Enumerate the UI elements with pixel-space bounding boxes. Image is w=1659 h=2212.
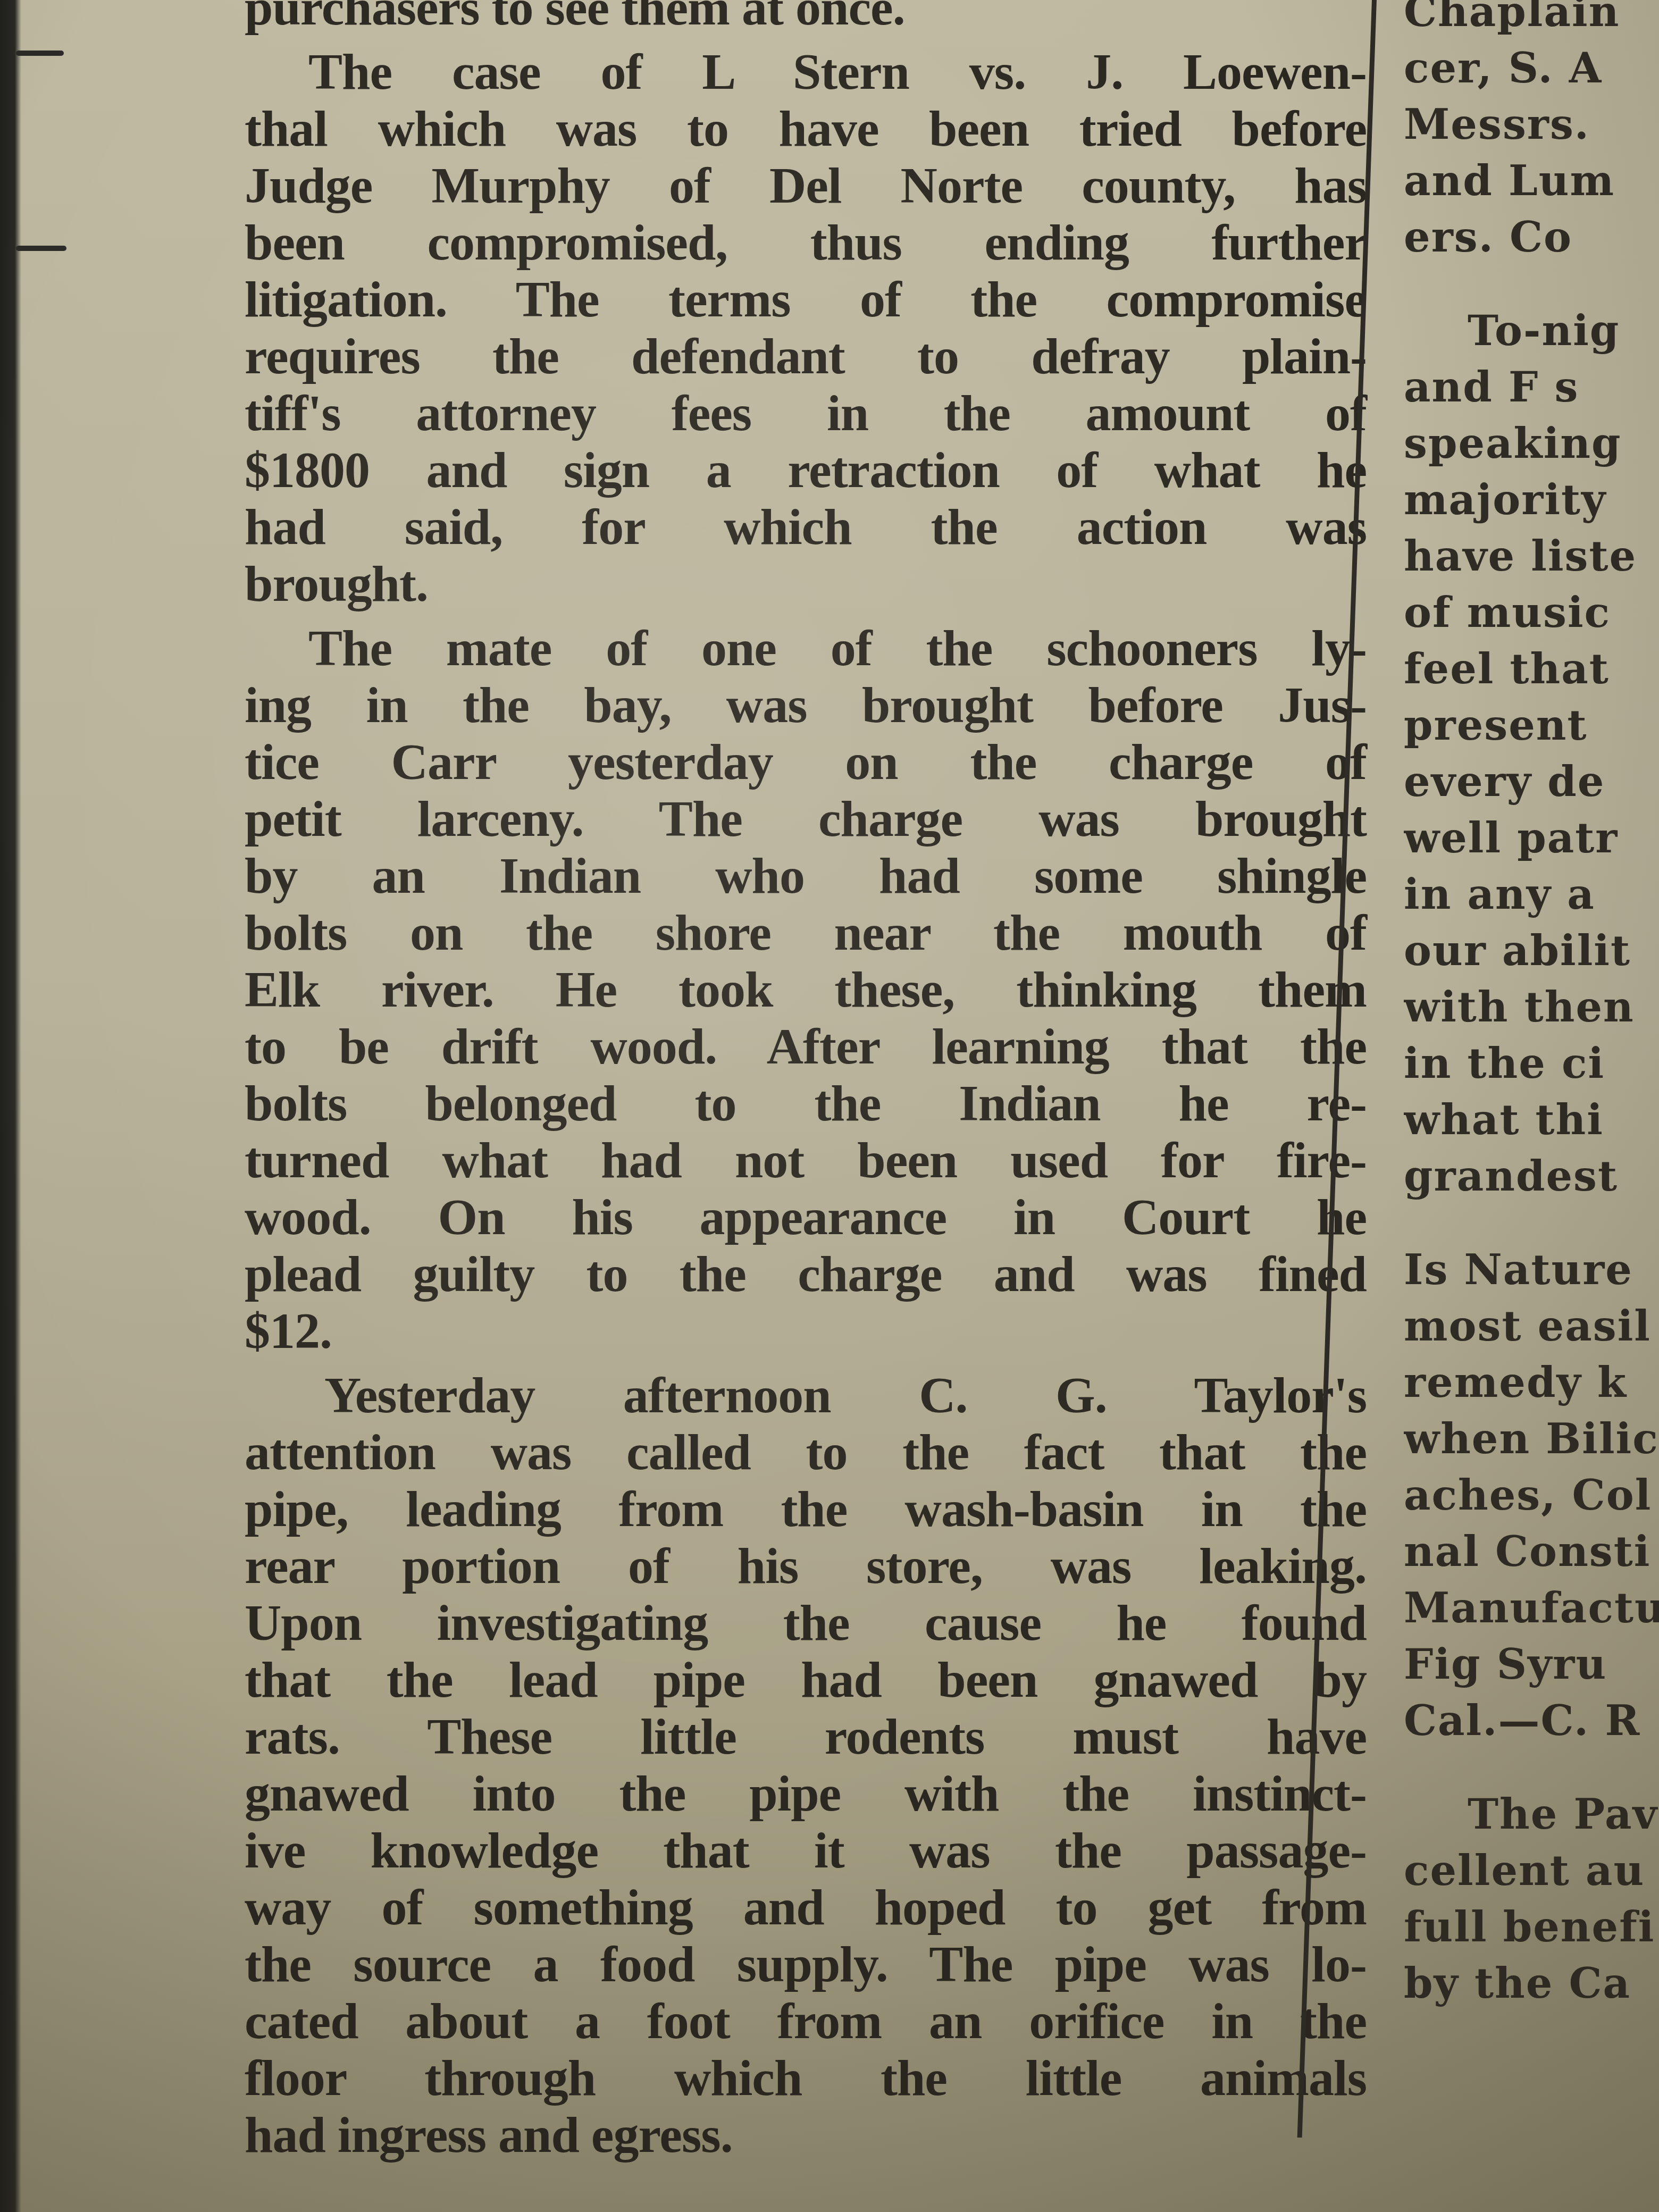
- right-line: To-nig: [1404, 303, 1659, 359]
- right-line: feel that: [1404, 641, 1659, 698]
- article-line: petit larceny. The charge was brought: [245, 790, 1367, 847]
- article-line: wood. On his appearance in Court he: [245, 1188, 1367, 1245]
- ink-mark: [16, 246, 66, 251]
- right-line: ers. Co: [1404, 210, 1659, 266]
- article-line: cated about a foot from an orifice in th…: [245, 1992, 1367, 2049]
- article-line: bolts belonged to the Indian he re-: [245, 1075, 1367, 1132]
- right-block-chaplain: Chaplain cer, S. A Messrs. and Lum ers. …: [1404, 0, 1659, 266]
- article-schooner-mate-larceny: The mate of one of the schooners ly- ing…: [245, 619, 1367, 1359]
- right-line: present: [1404, 698, 1659, 754]
- right-block-pavilion: The Pav cellent au full benefi by the Ca: [1404, 1787, 1659, 2012]
- article-line: litigation. The terms of the compromise: [245, 271, 1367, 328]
- article-stern-loewenthal: The case of L Stern vs. J. Loewen- thal …: [245, 43, 1367, 612]
- right-line: with then: [1404, 979, 1659, 1036]
- article-line: rats. These little rodents must have: [245, 1708, 1367, 1765]
- main-news-column: purchasers to see them at once. The case…: [245, 0, 1367, 2163]
- right-line: Cal.—C. R: [1404, 1693, 1659, 1749]
- article-line: Judge Murphy of Del Norte county, has: [245, 157, 1367, 214]
- article-line: $1800 and sign a retraction of what he: [245, 441, 1367, 498]
- article-line: the source a food supply. The pipe was l…: [245, 1935, 1367, 1992]
- right-line: and F s: [1404, 359, 1659, 416]
- article-line: ive knowledge that it was the passage-: [245, 1822, 1367, 1879]
- right-line: what thi: [1404, 1092, 1659, 1149]
- right-line: in the ci: [1404, 1036, 1659, 1092]
- article-line: that the lead pipe had been gnawed by: [245, 1651, 1367, 1708]
- right-line: Is Nature: [1404, 1242, 1659, 1298]
- article-line: Upon investigating the cause he found: [245, 1594, 1367, 1651]
- article-line: requires the defendant to defray plain-: [245, 328, 1367, 384]
- article-line: brought.: [245, 555, 1367, 612]
- top-fragment-line: purchasers to see them at once.: [245, 0, 1367, 36]
- right-line: full benefi: [1404, 1899, 1659, 1956]
- right-block-fig-syrup-ad: Is Nature most easil remedy k when Bilic…: [1404, 1242, 1659, 1749]
- article-line: Elk river. He took these, thinking them: [245, 961, 1367, 1018]
- article-line: plead guilty to the charge and was fined: [245, 1245, 1367, 1302]
- right-line: nal Consti: [1404, 1524, 1659, 1580]
- article-line: pipe, leading from the wash-basin in the: [245, 1480, 1367, 1537]
- ink-mark: [16, 51, 64, 56]
- right-line: Chaplain: [1404, 0, 1659, 40]
- right-line: cer, S. A: [1404, 40, 1659, 97]
- right-line: most easil: [1404, 1298, 1659, 1355]
- article-line: tiff's attorney fees in the amount of: [245, 384, 1367, 441]
- right-line: of music: [1404, 585, 1659, 641]
- article-line: The case of L Stern vs. J. Loewen-: [245, 43, 1367, 100]
- article-line: to be drift wood. After learning that th…: [245, 1018, 1367, 1075]
- right-line: our abilit: [1404, 923, 1659, 979]
- right-line: by the Ca: [1404, 1956, 1659, 2012]
- right-line: remedy k: [1404, 1355, 1659, 1411]
- article-line: tice Carr yesterday on the charge of: [245, 733, 1367, 790]
- right-line: and Lum: [1404, 153, 1659, 210]
- article-line: The mate of one of the schooners ly-: [245, 619, 1367, 676]
- article-line: way of something and hoped to get from: [245, 1879, 1367, 1935]
- right-block-tonight: To-nig and F s speaking majority have li…: [1404, 303, 1659, 1205]
- right-line: aches, Col: [1404, 1468, 1659, 1524]
- adjacent-column-cropped: Chaplain cer, S. A Messrs. and Lum ers. …: [1404, 0, 1659, 2049]
- right-line: majority: [1404, 472, 1659, 529]
- article-line: had said, for which the action was: [245, 498, 1367, 555]
- article-line: turned what had not been used for fire-: [245, 1132, 1367, 1188]
- right-line: when Bilic: [1404, 1411, 1659, 1468]
- right-line: have liste: [1404, 529, 1659, 585]
- right-line: well patr: [1404, 810, 1659, 867]
- article-line: Yesterday afternoon C. G. Taylor's: [245, 1367, 1367, 1423]
- right-line: Fig Syru: [1404, 1637, 1659, 1693]
- article-line: rear portion of his store, was leaking.: [245, 1537, 1367, 1594]
- article-line: ing in the bay, was brought before Jus-: [245, 676, 1367, 733]
- article-line: $12.: [245, 1302, 1367, 1359]
- article-line: had ingress and egress.: [245, 2106, 1367, 2163]
- article-line: gnawed into the pipe with the instinct-: [245, 1765, 1367, 1822]
- right-line: cellent au: [1404, 1843, 1659, 1899]
- article-line: floor through which the little animals: [245, 2049, 1367, 2106]
- article-taylor-pipe-rats: Yesterday afternoon C. G. Taylor's atten…: [245, 1367, 1367, 2163]
- article-line: bolts on the shore near the mouth of: [245, 904, 1367, 961]
- page-left-edge-shadow: [0, 0, 21, 2212]
- right-line: every de: [1404, 754, 1659, 810]
- right-line: in any a: [1404, 867, 1659, 923]
- newspaper-page: purchasers to see them at once. The case…: [0, 0, 1659, 2212]
- article-line: been compromised, thus ending further: [245, 214, 1367, 271]
- article-line: attention was called to the fact that th…: [245, 1423, 1367, 1480]
- right-line: speaking: [1404, 416, 1659, 472]
- article-line: thal which was to have been tried before: [245, 100, 1367, 157]
- right-line: Messrs.: [1404, 97, 1659, 153]
- article-line: by an Indian who had some shingle: [245, 847, 1367, 904]
- right-line: Manufactu: [1404, 1580, 1659, 1637]
- right-line: The Pav: [1404, 1787, 1659, 1843]
- right-line: grandest: [1404, 1149, 1659, 1205]
